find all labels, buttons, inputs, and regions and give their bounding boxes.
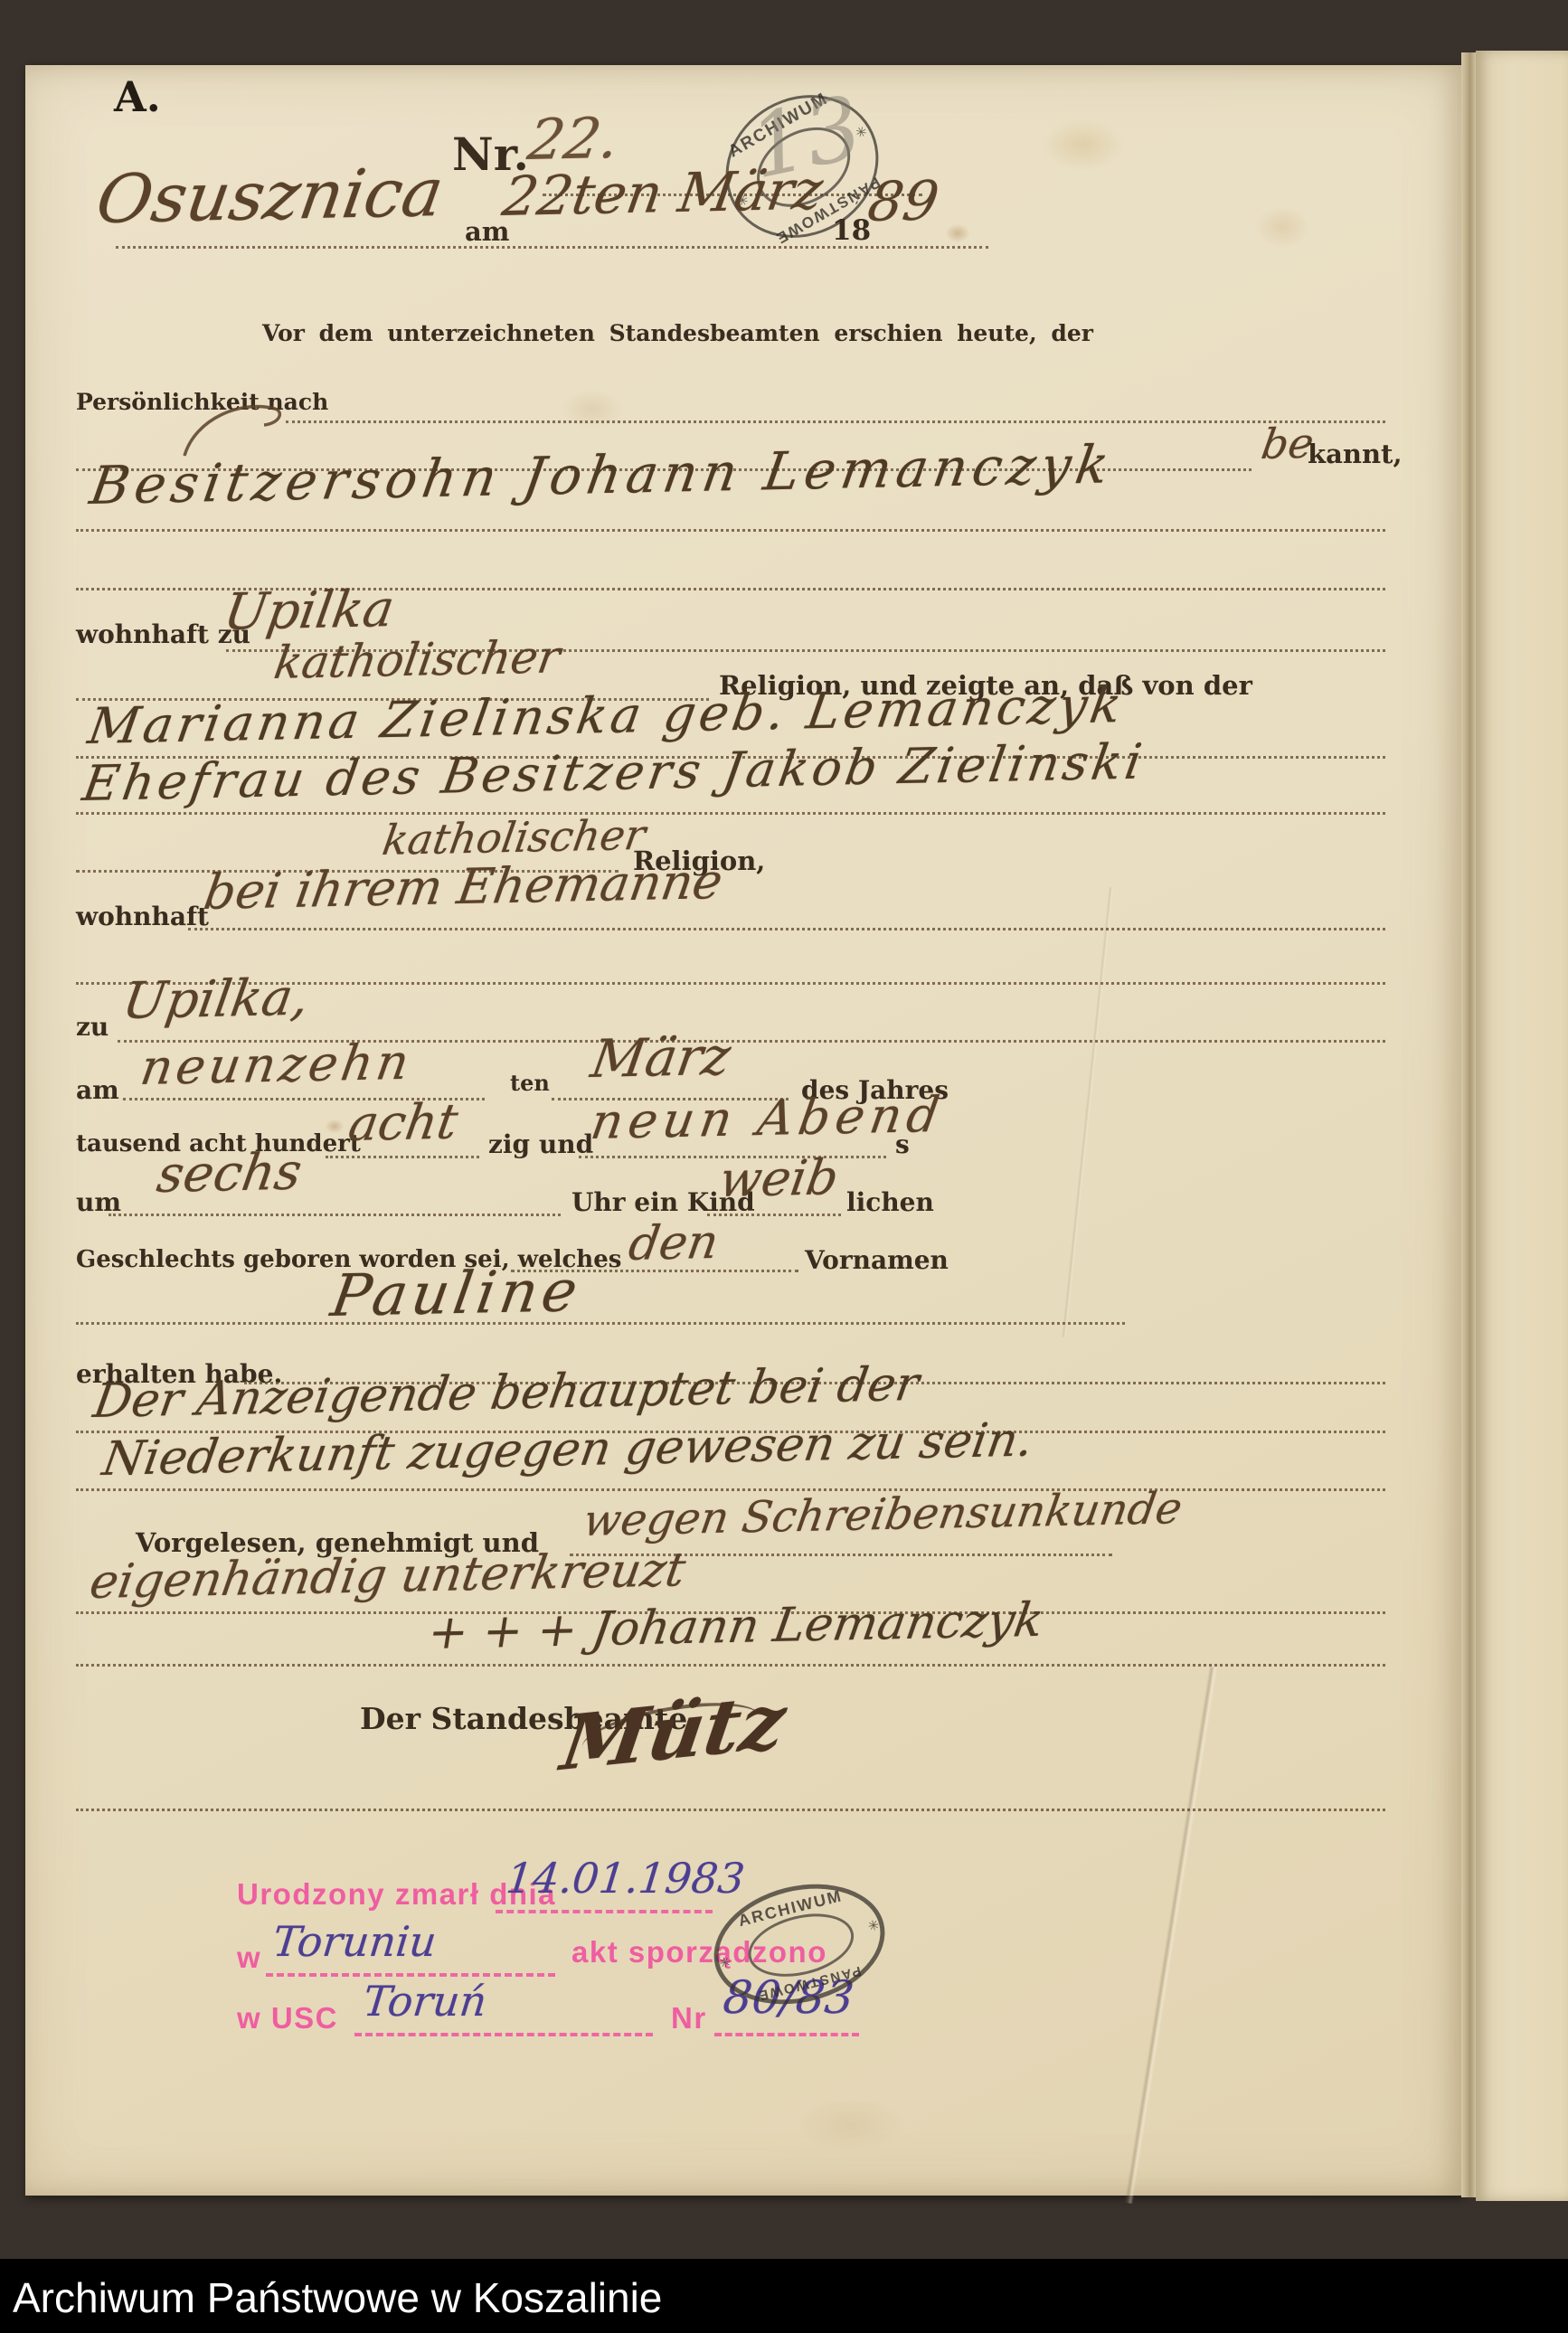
paper-stain (946, 224, 969, 242)
corner-letter: A. (114, 76, 161, 118)
residence2-value: bei ihrem Ehemanne (201, 857, 726, 917)
ruled-line (76, 812, 1385, 815)
archive-caption: Archiwum Państwowe w Koszalinie (13, 2273, 662, 2322)
ruled-line (109, 1214, 561, 1216)
intro-line: Vor dem unterzeichneten Standesbeamten e… (262, 322, 1093, 345)
place-value: Osusznica (92, 159, 448, 233)
sex-hand: weib (716, 1153, 842, 1204)
den-hand: den (626, 1219, 722, 1268)
usc-value: Toruń (362, 1980, 489, 2022)
ruled-line (76, 1322, 1125, 1325)
place-prefix-label: w (237, 1942, 261, 1972)
ruled-line (76, 1809, 1385, 1811)
ten-label: ten (510, 1072, 550, 1094)
ruled-line (707, 1214, 841, 1216)
decade-hand: acht (345, 1098, 461, 1148)
stamp-rule (714, 2033, 859, 2036)
record-number-value: 22. (524, 110, 623, 168)
religion1-hand: katholischer (271, 634, 563, 685)
known-printed: kannt, (1308, 441, 1403, 468)
religion2-hand: katholischer (380, 814, 648, 861)
hour-hand: sechs (154, 1148, 305, 1201)
am2-label: am (76, 1078, 119, 1103)
paper-stain (1255, 206, 1309, 248)
declarant-signature: + + + Johann Lemanczyk (425, 1597, 1046, 1657)
residence-value: Upilka (221, 584, 398, 638)
zu-value: Upilka, (119, 973, 312, 1027)
paper-stain (561, 389, 624, 430)
closing-hand2: eigenhändig unterkreuzt (87, 1546, 688, 1606)
zig-label: zig und (488, 1132, 593, 1157)
ruled-line (188, 928, 1385, 930)
archive-caption-bar: Archiwum Państwowe w Koszalinie (0, 2259, 1568, 2333)
zu-label: zu (76, 1015, 109, 1040)
stamp-rule (496, 1910, 713, 1913)
ruled-line (76, 529, 1385, 532)
binding-thread (1443, 0, 1499, 54)
birth-month-value: März (588, 1030, 734, 1085)
year-value: 89 (864, 174, 942, 230)
unit-hand: neun Abend (588, 1091, 948, 1147)
ruled-line (116, 246, 988, 249)
usc-label: w USC (237, 2003, 338, 2033)
vornamen-label: Vornamen (805, 1248, 949, 1273)
scanned-document: A. Nr. 22. ARCHIWUM PAŃSTWOWE ✳ ✳ 13 Osu… (0, 0, 1568, 2333)
um-label: um (76, 1190, 121, 1215)
closing-hand1: wegen Schreibensunkunde (581, 1487, 1185, 1543)
stamp-star-icon: ✳ (717, 1953, 732, 1972)
stamp-star-icon: ✳ (866, 1916, 882, 1935)
paper-stain (1040, 118, 1126, 172)
registrar-signature: Mütz (557, 1683, 790, 1781)
nr-label: Nr (671, 2003, 707, 2033)
ruled-line (76, 1664, 1385, 1667)
ruled-line (326, 1156, 479, 1158)
lichen-label: lichen (846, 1190, 934, 1215)
date-value: 22ten März (499, 164, 827, 224)
birth-day-value: neunzehn (137, 1038, 416, 1092)
death-date-value: 14.01.1983 (505, 1857, 747, 1899)
paper-stain (796, 2098, 904, 2152)
next-page-edge (1476, 51, 1568, 2201)
stamp-rule (354, 2033, 653, 2036)
s-label: s (895, 1132, 910, 1157)
ruled-line (76, 1488, 1385, 1491)
ruled-line (286, 420, 1385, 423)
residence2-label: wohnhaft (76, 904, 209, 930)
death-place-value: Toruniu (271, 1921, 439, 1962)
child-name: Pauline (327, 1262, 585, 1326)
